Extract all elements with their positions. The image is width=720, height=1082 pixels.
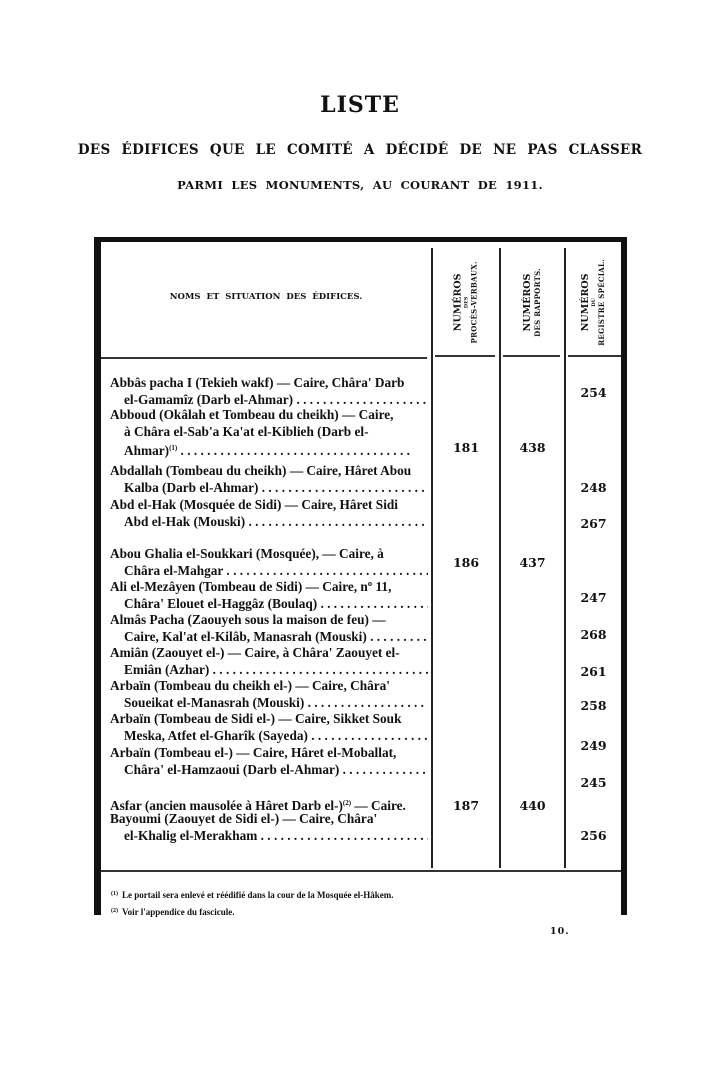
row-text-wrap: Châra' el-Hamzaoui (Darb el-Ahmar) [110,762,428,779]
row-text-wrap: el-Gamamîz (Darb el-Ahmar) [110,392,428,409]
cell-rapports: 440 [501,798,564,813]
row-text-wrap: el-Khalig el-Merakham [110,828,428,845]
row-text-line: Arbaïn (Tombeau du cheikh el-) — Caire, … [110,678,428,695]
table-row: Arbaïn (Tombeau de Sidi el-) — Caire, Si… [110,711,428,744]
cell-rapports: 438 [501,440,564,455]
table-row: Abd el-Hak (Mosquée de Sidi) — Caire, Hâ… [110,497,428,530]
header-rule-col2 [503,355,560,357]
cell-registre: 249 [566,738,621,753]
footnote-mark: (2) [111,908,118,914]
header-rule-col1 [435,355,495,357]
header-text: PROCÈS-VERBAUX. [470,261,478,343]
cell-rapports: 437 [501,555,564,570]
column-header-proces-verbaux: NUMÉROS DES PROCÈS-VERBAUX. [433,250,499,355]
row-text-line: Kalba (Darb el-Ahmar) [124,480,258,495]
leader-dots [367,629,428,644]
row-text-line: Châra' Elouet el-Haggâz (Boulaq) [124,596,317,611]
leader-dots [258,480,428,495]
table-bottom-rule [101,870,621,872]
row-text-wrap: Abd el-Hak (Mouski) [110,514,428,531]
table-row: Almâs Pacha (Zaouyeh sous la maison de f… [110,612,428,645]
row-text-wrap: Soueikat el-Manasrah (Mouski) [110,695,428,712]
footnote-text: Le portail sera enlevé et réédifié dans … [122,890,394,900]
row-text-line: Abboud (Okâlah et Tombeau du cheikh) — C… [110,407,428,424]
row-text-line: Amiân (Zaouyet el-) — Caire, à Châra' Za… [110,645,428,662]
header-rule-col3 [568,355,621,357]
row-text-wrap: Caire, Kal'at el-Kilâb, Manasrah (Mouski… [110,629,428,646]
row-text-line: à Châra el-Sab'a Ka'at el-Kiblieh (Darb … [110,424,428,441]
table-border-right [621,237,627,915]
table-row: Arbaïn (Tombeau du cheikh el-) — Caire, … [110,678,428,711]
page-subtitle-2: PARMI LES MONUMENTS, AU COURANT DE 1911. [0,178,720,192]
row-text-line: Soueikat el-Manasrah (Mouski) [124,695,304,710]
cell-proces-verbaux: 181 [433,440,499,455]
row-text-wrap: Emiân (Azhar) [110,662,428,679]
cell-registre: 261 [566,664,621,679]
row-text-line: Bayoumi (Zaouyet de Sidi el-) — Caire, C… [110,811,428,828]
cell-registre: 267 [566,516,621,531]
cell-proces-verbaux: 186 [433,555,499,570]
row-text-wrap: Châra' Elouet el-Haggâz (Boulaq) [110,596,428,613]
row-text-line: Abd el-Hak (Mosquée de Sidi) — Caire, Hâ… [110,497,428,514]
row-text-line: Abd el-Hak (Mouski) [124,514,245,529]
cell-registre: 245 [566,775,621,790]
column-header-rapports: NUMÉROS DES RAPPORTS. [501,250,564,355]
header-text: DES RAPPORTS. [534,268,542,337]
leader-dots [308,728,428,743]
leader-dots [177,443,410,458]
footnote-reference: (2) [343,799,351,807]
row-text-line: Châra el-Mahgar [124,563,223,578]
row-text-line: Emiân (Azhar) [124,662,209,677]
footnote-mark: (1) [111,891,118,897]
row-text-line: Meska, Atfet el-Gharîk (Sayeda) [124,728,308,743]
cell-proces-verbaux: 187 [433,798,499,813]
row-text-line: Caire, Kal'at el-Kilâb, Manasrah (Mouski… [124,629,367,644]
column-header-registre: NUMÉROS DU REGISTRE SPÉCIAL. [566,250,621,355]
table-row: Abou Ghalia el-Soukkari (Mosquée), — Cai… [110,546,428,579]
leader-dots [257,828,428,843]
row-text-line: Abou Ghalia el-Soukkari (Mosquée), — Cai… [110,546,428,563]
table-row: Arbaïn (Tombeau el-) — Caire, Hâret el-M… [110,745,428,778]
leader-dots [304,695,428,710]
row-text-wrap: Châra el-Mahgar [110,563,428,580]
page-subtitle-1: DES ÉDIFICES QUE LE COMITÉ A DÉCIDÉ DE N… [0,142,720,158]
row-text-line: el-Gamamîz (Darb el-Ahmar) [124,392,293,407]
table-border-left [94,237,101,915]
header-text: REGISTRE SPÉCIAL. [598,259,606,346]
cell-registre: 258 [566,698,621,713]
table-border-top [94,237,627,242]
row-text-line: Arbaïn (Tombeau el-) — Caire, Hâret el-M… [110,745,428,762]
leader-dots [293,392,428,407]
leader-dots [317,596,428,611]
footnote-1: (1)Le portail sera enlevé et réédifié da… [111,890,394,900]
row-text-line: Ahmar) [124,443,169,458]
row-text-line: Arbaïn (Tombeau de Sidi el-) — Caire, Si… [110,711,428,728]
row-text-line: Ali el-Mezâyen (Tombeau de Sidi) — Caire… [110,579,428,596]
cell-registre: 268 [566,627,621,642]
row-text-wrap: Ahmar)(1) [110,440,428,460]
table-row: Ali el-Mezâyen (Tombeau de Sidi) — Caire… [110,579,428,612]
page-title: LISTE [0,92,720,118]
header-rule-names [101,357,427,359]
table-row: Abbâs pacha I (Tekieh wakf) — Caire, Châ… [110,375,428,408]
row-text-wrap: Kalba (Darb el-Ahmar) [110,480,428,497]
row-text-line: Abbâs pacha I (Tekieh wakf) — Caire, Châ… [110,375,428,392]
row-text-wrap: Meska, Atfet el-Gharîk (Sayeda) [110,728,428,745]
table-row: Amiân (Zaouyet el-) — Caire, à Châra' Za… [110,645,428,678]
table-row: Abdallah (Tombeau du cheikh) — Caire, Hâ… [110,463,428,496]
table-row: Abboud (Okâlah et Tombeau du cheikh) — C… [110,407,428,460]
footnote-reference: (1) [169,444,177,452]
leader-dots [209,662,428,677]
row-text-line: Abdallah (Tombeau du cheikh) — Caire, Hâ… [110,463,428,480]
cell-registre: 248 [566,480,621,495]
row-text-line: Almâs Pacha (Zaouyeh sous la maison de f… [110,612,428,629]
cell-registre: 256 [566,828,621,843]
leader-dots [339,762,428,777]
table-row: Bayoumi (Zaouyet de Sidi el-) — Caire, C… [110,811,428,844]
page-number: 10. [550,926,570,937]
cell-registre: 254 [566,385,621,400]
row-text-line: el-Khalig el-Merakham [124,828,257,843]
leader-dots [223,563,428,578]
footnote-2: (2)Voir l'appendice du fascicule. [111,907,235,917]
leader-dots [245,514,428,529]
footnote-text: Voir l'appendice du fascicule. [122,907,235,917]
column-header-names: NOMS ET SITUATION DES ÉDIFICES. [101,292,431,302]
row-text-line: Châra' el-Hamzaoui (Darb el-Ahmar) [124,762,339,777]
cell-registre: 247 [566,590,621,605]
